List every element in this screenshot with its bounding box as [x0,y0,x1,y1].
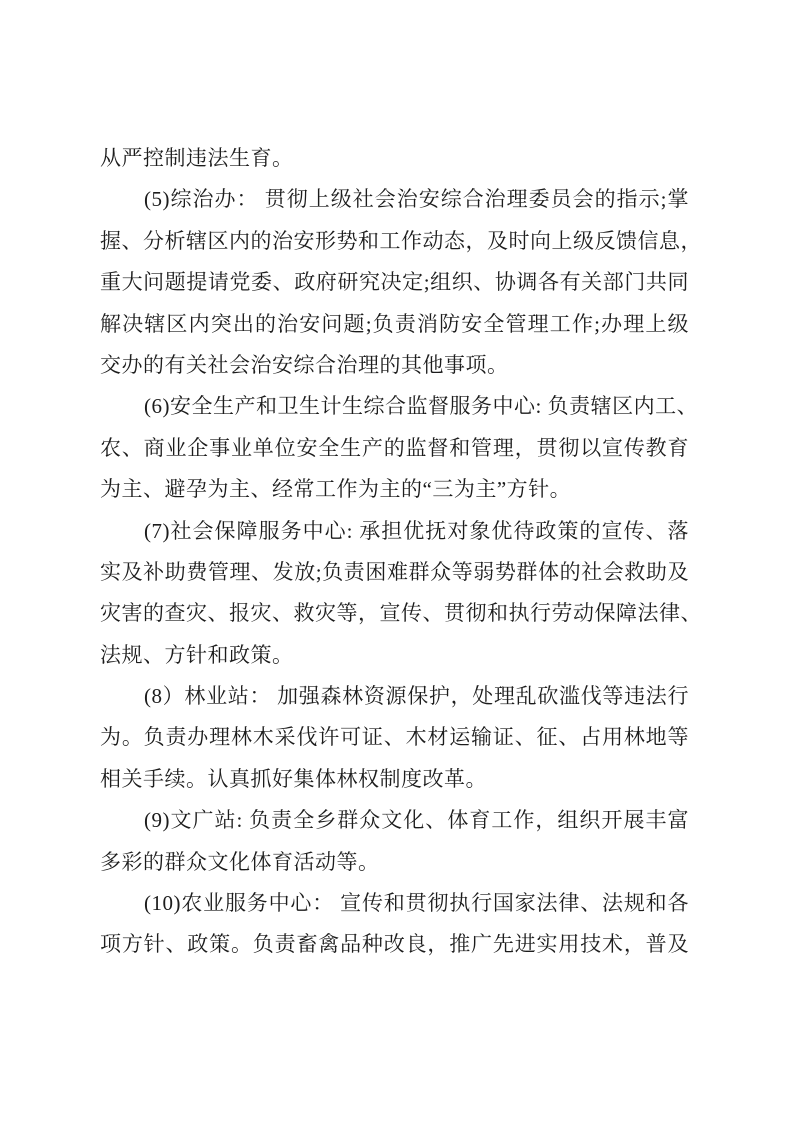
text-line: 解决辖区内突出的治安问题;负责消防安全管理工作;办理上级 [100,304,689,345]
text-line: 多彩的群众文化体育活动等。 [100,842,689,883]
text-line: 灾害的查灾、报灾、救灾等，宣传、贯彻和执行劳动保障法律、 [100,593,689,634]
text-line: (10)农业服务中心： 宣传和贯彻执行国家法律、法规和各 [100,883,689,924]
text-line: 法规、方针和政策。 [100,635,689,676]
text-line: 为。负责办理林木采伐许可证、木材运输证、征、占用林地等 [100,717,689,758]
text-line: 从严控制违法生育。 [100,138,689,179]
text-line: 农、商业企事业单位安全生产的监督和管理，贯彻以宣传教育 [100,428,689,469]
text-line: (7)社会保障服务中心: 承担优抚对象优待政策的宣传、落 [100,511,689,552]
text-line: (9)文广站: 负责全乡群众文化、体育工作，组织开展丰富 [100,800,689,841]
text-line: (6)安全生产和卫生计生综合监督服务中心: 负责辖区内工、 [100,386,689,427]
text-line: 交办的有关社会治安综合治理的其他事项。 [100,345,689,386]
text-line: 项方针、政策。负责畜禽品种改良，推广先进实用技术，普及 [100,924,689,965]
text-line: (5)综治办： 贯彻上级社会治安综合治理委员会的指示;掌 [100,179,689,220]
text-line: (8）林业站： 加强森林资源保护，处理乱砍滥伐等违法行 [100,676,689,717]
text-line: 实及补助费管理、发放;负责困难群众等弱势群体的社会救助及 [100,552,689,593]
document-page: 从严控制违法生育。(5)综治办： 贯彻上级社会治安综合治理委员会的指示;掌握、分… [0,0,793,1122]
text-line: 相关手续。认真抓好集体林权制度改革。 [100,759,689,800]
text-line: 为主、避孕为主、经常工作为主的“三为主”方针。 [100,469,689,510]
text-line: 握、分析辖区内的治安形势和工作动态，及时向上级反馈信息， [100,221,689,262]
text-line: 重大问题提请党委、政府研究决定;组织、协调各有关部门共同 [100,262,689,303]
document-body: 从严控制违法生育。(5)综治办： 贯彻上级社会治安综合治理委员会的指示;掌握、分… [100,138,689,966]
